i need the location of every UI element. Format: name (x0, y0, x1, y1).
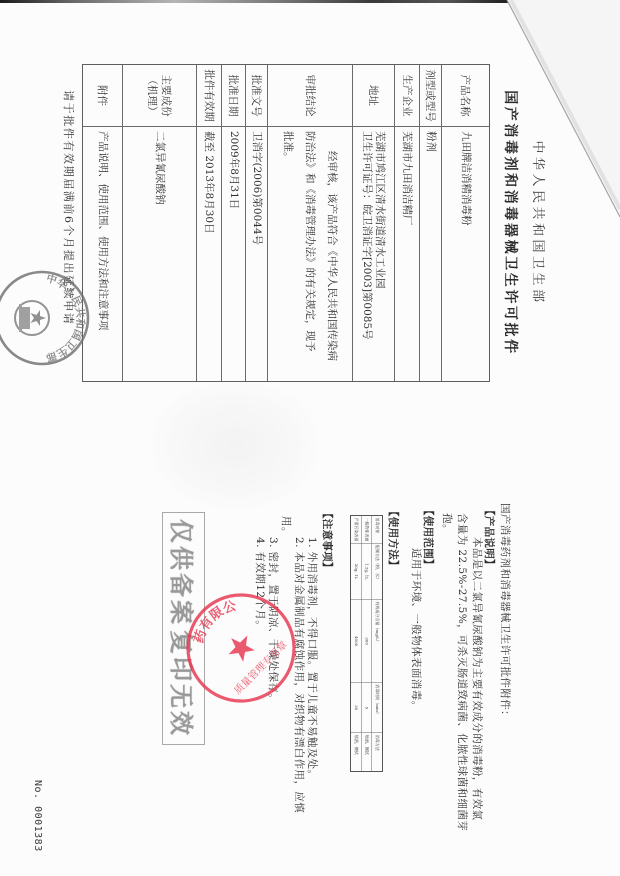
product-description-line: 含量为 22.5%-27.5%，可杀灭肠道致病菌、化脓性球菌和细菌芽 (456, 513, 468, 831)
dosage-form: 粉剂 (424, 131, 437, 381)
row-value: 芜湖市鸠江区清水街道清水工业园 卫生许可证号：皖卫消证字[2003]第0085号 (353, 127, 394, 381)
document-title: 国产消毒剂和消毒器械卫生许可批件 (501, 64, 518, 382)
table-cell: 严重污染表面 (351, 516, 362, 544)
rotated-document: 中华人民共和国卫生部 国产消毒剂和消毒器械卫生许可批件 产品名称 九田牌洁消精消… (0, 0, 620, 876)
ministry-heading: 中华人民共和国卫生部 (529, 64, 545, 382)
table-row-main-ingredient: 主要成份 （机理） 二氯异氰尿酸钠 (122, 65, 196, 381)
table-row-address: 地址 芜湖市鸠江区清水街道清水工业园 卫生许可证号：皖卫消证字[2003]第00… (352, 65, 394, 381)
scope-title: 【使用范围】 (422, 505, 434, 570)
row-label-sub: （机理） (146, 75, 160, 117)
row-value: 二氯异氰尿酸钠 (123, 127, 196, 381)
precautions-title: 【注意事项】 (321, 508, 333, 573)
row-label: 主要成份 （机理） (123, 65, 196, 127)
table-row-approval-number: 批准文号 卫消字(2006)第0044号 (245, 65, 267, 381)
header-cell: 消毒方法 (372, 733, 383, 772)
row-value: 九田牌洁消精消毒粉 (442, 127, 489, 381)
header-cell: 配制方法（粉，水） (372, 543, 383, 599)
table-cell: 20g, 1L (351, 543, 362, 599)
ministry-seal-icon: 中华人民共和国卫生部 (0, 268, 92, 368)
table-cell: 300 (361, 600, 372, 683)
conclusion-line: 经审核，该产品符合《中华人民共和国传染病 (321, 131, 343, 381)
usage-title: 【使用方法】 (387, 506, 399, 571)
usage-table-row: 严重污染表面 20g, 1L 4000 30 喷洒、擦拭 (351, 516, 362, 772)
row-value: 截至 2013年8月30日 (197, 127, 221, 381)
row-label: 附件 (83, 65, 122, 127)
row-value: 卫消字(2006)第0044号 (246, 127, 267, 381)
product-name: 九田牌洁消精消毒粉 (459, 131, 472, 381)
address-line: 芜湖市鸠江区清水街道清水工业园 (374, 131, 387, 381)
row-value: 经审核，该产品符合《中华人民共和国传染病 防治法》和《消毒管理办法》的有关规定，… (268, 127, 352, 381)
table-row-product-name: 产品名称 九田牌洁消精消毒粉 (441, 65, 489, 381)
row-label: 生产企业 (395, 65, 419, 127)
table-row-manufacturer: 生产企业 芜湖市九田消洁精厂 (394, 65, 419, 381)
table-cell: 30 (351, 682, 362, 732)
row-label: 审批结论 (268, 65, 352, 127)
table-row-conclusion: 审批结论 经审核，该产品符合《中华人民共和国传染病 防治法》和《消毒管理办法》的… (267, 65, 352, 381)
precaution-item: 1. 外用消毒剂，不得口服。置于儿童不易触及处。 (306, 537, 318, 780)
approval-number: 卫消字(2006)第0044号 (250, 131, 263, 381)
svg-text:中华人民共和国卫生部: 中华人民共和国卫生部 (44, 271, 87, 364)
license-number-line: 卫生许可证号：皖卫消证字[2003]第0085号 (361, 131, 374, 381)
manufacturer: 芜湖市九田消洁精厂 (401, 131, 414, 381)
usage-table-header: 消毒对象 配制方法（粉，水） 有效成分含量（mg/L） 消毒时间（min） 消毒… (372, 516, 383, 772)
product-description-line: 本品是以二氯异氰尿酸钠为主要有效成分的消毒粉，有效氯 (471, 537, 483, 820)
row-label: 批件有效期 (197, 65, 221, 127)
header-cell: 消毒时间（min） (372, 682, 383, 732)
product-description-title: 【产品说明】 (483, 505, 495, 570)
main-ingredient: 二氯异氰尿酸钠 (153, 131, 166, 381)
attachment-heading: 国产消毒药剂和消毒器械卫生许可批件附件： (499, 503, 511, 721)
row-label: 产品名称 (442, 65, 489, 127)
approval-date: 2009年8月31日 (227, 131, 240, 381)
table-cell: 5 (361, 682, 372, 732)
company-red-stamp-icon: 药有限公 质量管理专用章 (181, 588, 301, 708)
header-cell: 有效成分含量（mg/L） (372, 600, 383, 683)
table-row-validity: 批件有效期 截至 2013年8月30日 (196, 65, 221, 381)
row-label: 地址 (353, 65, 394, 127)
table-cell: 喷洒、擦拭 (361, 733, 372, 772)
row-label: 剂型或型号 (420, 65, 441, 127)
table-cell: 一般物体表面 (361, 516, 372, 544)
row-value: 2009年8月31日 (222, 127, 245, 381)
conclusion-line: 防治法》和《消毒管理办法》的有关规定，现予 (299, 131, 321, 381)
usage-table-row: 一般物体表面 1.5g, 1L 300 5 喷洒、擦拭 (361, 516, 372, 772)
row-value: 芜湖市九田消洁精厂 (395, 127, 419, 381)
attachments-list: 产品说明、使用范围、使用方法和注意事项 (96, 131, 109, 381)
row-label: 批准文号 (246, 65, 267, 127)
table-row-dosage-form: 剂型或型号 粉剂 (419, 65, 441, 381)
scanned-document-page: 中华人民共和国卫生部 国产消毒剂和消毒器械卫生许可批件 产品名称 九田牌洁消精消… (0, 0, 620, 876)
header-cell: 消毒对象 (372, 516, 383, 544)
conclusion-line: 批准。 (277, 131, 299, 381)
approval-table: 产品名称 九田牌洁消精消毒粉 剂型或型号 粉剂 生产企业 芜湖市九田消洁精厂 地… (82, 64, 490, 382)
product-description-line: 孢。 (441, 513, 453, 535)
row-label-main: 主要成份 (160, 75, 174, 117)
validity-period: 截至 2013年8月30日 (203, 131, 216, 381)
row-value: 粉剂 (420, 127, 441, 381)
usage-method-table: 消毒对象 配制方法（粉，水） 有效成分含量（mg/L） 消毒时间（min） 消毒… (350, 515, 383, 772)
row-label: 批准日期 (222, 65, 245, 127)
table-row-approval-date: 批准日期 2009年8月31日 (221, 65, 245, 381)
table-cell: 4000 (351, 600, 362, 683)
serial-number: No. 0001383 (31, 780, 43, 852)
scope-text: 适用于环境、一般物体表面消毒。 (410, 548, 422, 712)
table-cell: 喷洒、擦拭 (351, 733, 362, 772)
precaution-item-continuation: 用。 (280, 516, 292, 538)
table-cell: 1.5g, 1L (361, 543, 372, 599)
